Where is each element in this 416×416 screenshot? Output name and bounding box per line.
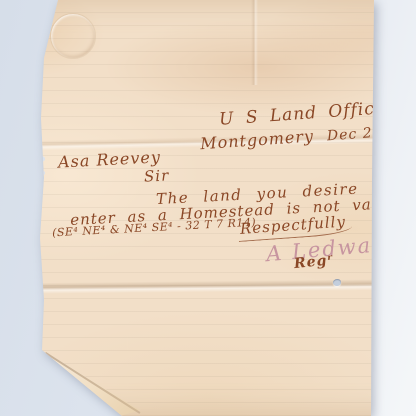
letter-paper: U S Land Office MontgomeryDec 28/68 Asa …: [0, 0, 416, 416]
scanned-letter-photo: { "scene": { "background_color": "#dbe2e…: [0, 0, 416, 416]
handwriting-layer: U S Land Office MontgomeryDec 28/68 Asa …: [0, 0, 416, 416]
dateline-date: Dec 28/68: [326, 123, 408, 145]
paper-shadow-wrap: U S Land Office MontgomeryDec 28/68 Asa …: [0, 0, 416, 416]
signature-title: Regʳ: [293, 252, 335, 272]
dateline-place: Montgomery: [200, 126, 315, 153]
salutation: Sir: [144, 166, 170, 185]
